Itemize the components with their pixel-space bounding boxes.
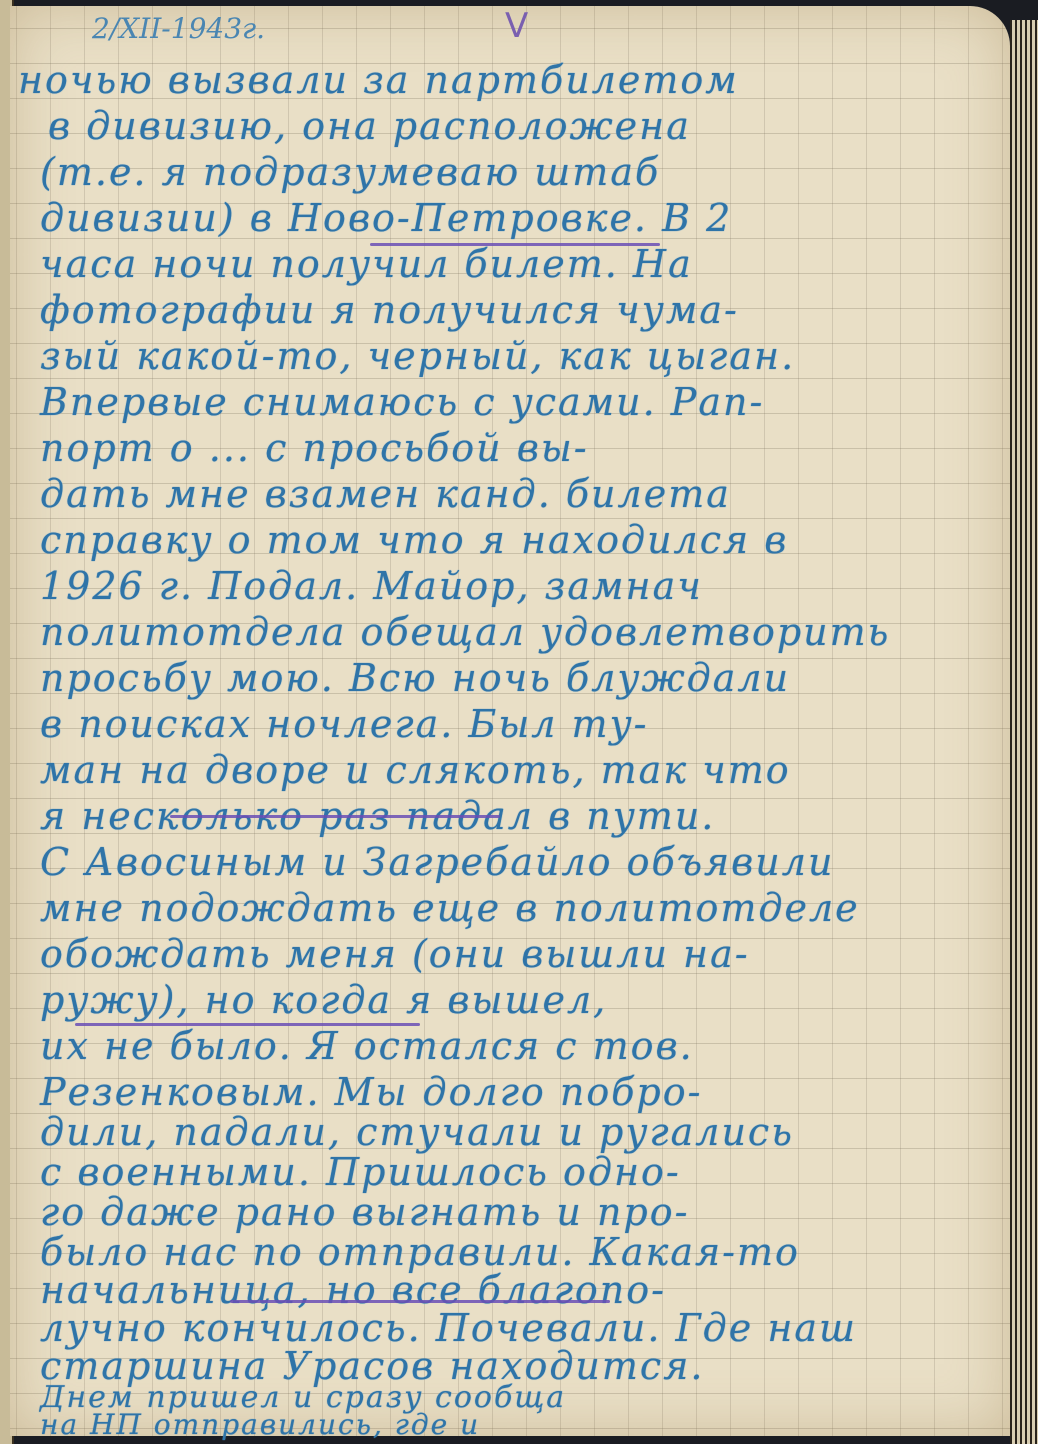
text-line: (т.е. я подразумеваю штаб (40, 150, 660, 194)
text-line: Впервые снимаюсь с усами. Рап- (40, 380, 764, 424)
text-line: дать мне взамен канд. билета (40, 472, 731, 516)
text-line: С Авосиным и Загребайло объявили (40, 840, 834, 884)
text-line: дили, падали, стучали и ругались (40, 1110, 794, 1154)
text-line: 1926 г. Подал. Майор, замнач (40, 564, 703, 608)
text-line: фотографии я получился чума- (40, 288, 739, 332)
text-line: просьбу мою. Всю ночь блуждали (40, 656, 790, 700)
text-line: го даже рано выгнать и про- (40, 1190, 689, 1234)
text-line: обождать меня (они вышли на- (40, 932, 750, 976)
entry-date: 2/XII-1943г. (92, 12, 265, 45)
text-line: ночью вызвали за партбилетом (18, 58, 739, 102)
page-stack-edge (1010, 20, 1038, 1444)
text-line: политотдела обещал удовлетворить (40, 610, 890, 654)
check-mark-icon: V (505, 6, 528, 46)
underline-zagrebaylo (170, 815, 500, 818)
text-line: часа ночи получил билет. На (40, 242, 693, 286)
text-line: справку о том что я находился в (40, 518, 788, 562)
underline-rezenkovym (75, 1023, 420, 1026)
text-line: в поисках ночлега. Был ту- (40, 702, 648, 746)
text-line: зый какой-то, черный, как цыган. (40, 334, 795, 378)
text-line: ружу), но когда я вышел, (40, 978, 607, 1022)
text-line: с военными. Пришлось одно- (40, 1150, 681, 1194)
text-line: на НП отправились, где и (40, 1408, 480, 1441)
text-line: их не было. Я остался с тов. (40, 1024, 694, 1068)
text-line: порт о ... с просьбой вы- (40, 426, 589, 470)
text-line: ман на дворе и слякоть, так что (40, 748, 791, 792)
underline-urasov (230, 1300, 610, 1303)
text-line: Резенковым. Мы долго побро- (40, 1070, 702, 1114)
text-line: дивизии) в Ново-Петровке. В 2 (40, 196, 732, 240)
text-line: мне подождать еще в политотделе (40, 886, 860, 930)
underline-novo-petrovke (370, 243, 660, 246)
text-line: в дивизию, она расположена (48, 104, 691, 148)
